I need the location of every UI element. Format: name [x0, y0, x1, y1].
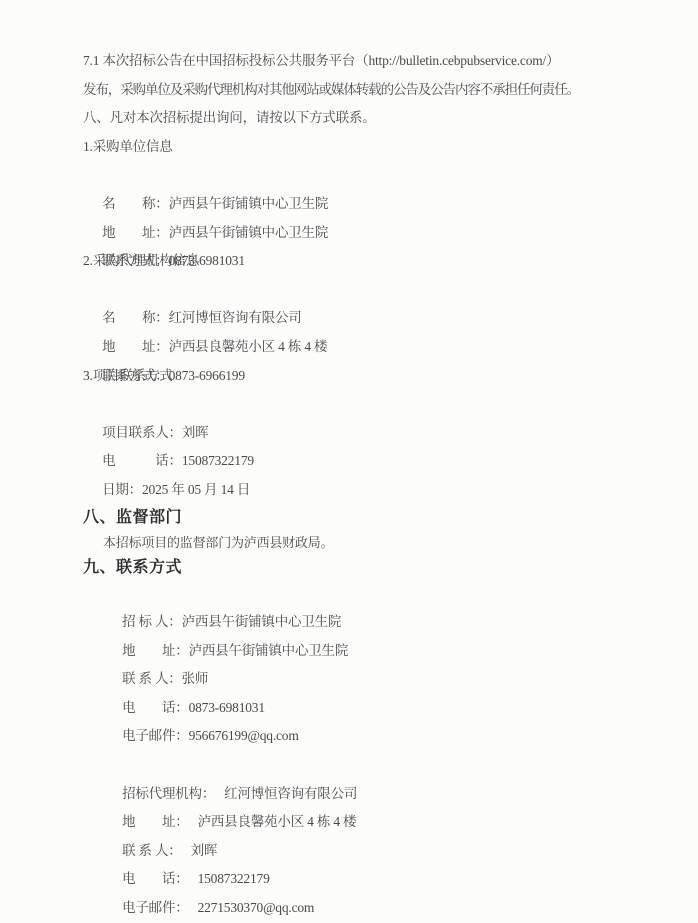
row-value: 15087322179: [198, 871, 270, 886]
row-value: 泸西县良馨苑小区 4 栋 4 楼: [198, 814, 357, 829]
row-label: 电 话：: [102, 453, 182, 468]
row-value: 0873-6966199: [169, 368, 245, 383]
row-label: 联 系 人：: [122, 671, 182, 686]
row-value: 泸西县午街铺镇中心卫生院: [169, 196, 329, 211]
document-page: 7.1 本次招标公告在中国招标投标公共服务平台（http://bulletin.…: [0, 0, 698, 923]
row-label: 电子邮件：: [122, 900, 189, 915]
project-contact-heading: 3.项目联系方式: [83, 362, 648, 391]
document-body: 7.1 本次招标公告在中国招标投标公共服务平台（http://bulletin.…: [83, 47, 648, 894]
row-value: 张师: [182, 671, 209, 686]
row-label: 地 址：: [122, 814, 189, 829]
row-label: 招 标 人：: [122, 614, 182, 629]
row-value: 刘晖: [182, 425, 209, 440]
notice-line-2: 发布，采购单位及采购代理机构对其他网站或媒体转载的公告及公告内容不承担任何责任。: [83, 76, 648, 105]
row-label: 地 址：: [102, 339, 169, 354]
row-label: 招标代理机构：: [122, 786, 215, 801]
row-value: 泸西县午街铺镇中心卫生院: [189, 643, 349, 658]
row-label: 电子邮件：: [122, 728, 189, 743]
purchaser-name-row: 名 称：泸西县午街铺镇中心卫生院: [83, 161, 648, 190]
supervision-heading: 八、监督部门: [83, 505, 648, 530]
tenderer-row: 招 标 人：泸西县午街铺镇中心卫生院: [83, 580, 648, 609]
row-value: 刘晖: [191, 843, 218, 858]
supervision-body: 本招标项目的监督部门为泸西县财政局。: [83, 530, 648, 555]
row-label: 项目联系人：: [102, 425, 182, 440]
row-value: 泸西县午街铺镇中心卫生院: [169, 225, 329, 240]
row-label: 电 话：: [122, 700, 189, 715]
row-value: 2025 年 05 月 14 日: [142, 482, 250, 497]
purchaser-heading: 1.采购单位信息: [83, 133, 648, 162]
notice-line-1: 7.1 本次招标公告在中国招标投标公共服务平台（http://bulletin.…: [83, 47, 648, 76]
row-label: 地 址：: [102, 225, 169, 240]
row-label: 联 系 人：: [122, 843, 182, 858]
row-label: 电 话：: [122, 871, 189, 886]
row-value: 红河博恒咨询有限公司: [224, 786, 357, 801]
inquiry-line: 八、凡对本次招标提出询问，请按以下方式联系。: [83, 104, 648, 133]
row-value: 0873-6981031: [189, 700, 265, 715]
row-label: 名 称：: [102, 310, 169, 325]
procurement-agency-heading: 2.采购代理机构信息: [83, 247, 648, 276]
row-value: 2271530370@qq.com: [198, 900, 315, 915]
agency-name-row: 名 称：红河博恒咨询有限公司: [83, 276, 648, 305]
row-label: 日期：: [102, 482, 142, 497]
row-value: 泸西县午街铺镇中心卫生院: [182, 614, 342, 629]
row-label: 名 称：: [102, 196, 169, 211]
row-value: 956676199@qq.com: [189, 728, 299, 743]
contact-heading: 九、联系方式: [83, 555, 648, 580]
agent-name-row: 招标代理机构：红河博恒咨询有限公司: [83, 751, 648, 780]
row-label: 地 址：: [122, 643, 189, 658]
project-contact-person-row: 项目联系人：刘晖: [83, 390, 648, 419]
row-value: 红河博恒咨询有限公司: [169, 310, 302, 325]
row-value: 泸西县良馨苑小区 4 栋 4 楼: [169, 339, 328, 354]
row-value: 15087322179: [182, 453, 254, 468]
